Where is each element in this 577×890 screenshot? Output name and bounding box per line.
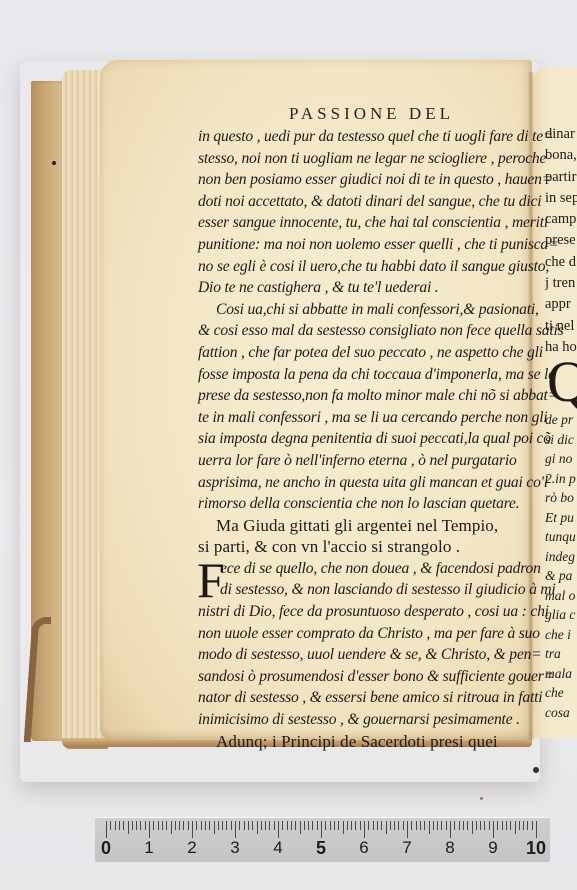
ruler-tick bbox=[355, 821, 356, 830]
ruler-tick bbox=[136, 821, 137, 830]
ruler-tick bbox=[140, 821, 141, 830]
text-line: de pr bbox=[545, 410, 577, 430]
ruler-tick bbox=[441, 821, 442, 830]
ruler-tick bbox=[214, 821, 215, 834]
text-line: tra bbox=[545, 644, 577, 664]
ruler-tick bbox=[386, 821, 387, 834]
ruler-tick bbox=[166, 821, 167, 830]
text-line: mala bbox=[545, 664, 577, 684]
text-line: bona, bbox=[545, 145, 577, 166]
debris-speck bbox=[480, 797, 483, 800]
ruler-tick bbox=[209, 821, 210, 830]
ruler-tick bbox=[175, 821, 176, 830]
text-lines: in questo , uedi pur da testesso quel ch… bbox=[198, 126, 523, 752]
text-line: in questo , uedi pur da testesso quel ch… bbox=[198, 126, 523, 148]
ruler-tick bbox=[484, 821, 485, 830]
ruler-tick bbox=[377, 821, 378, 830]
ruler-tick bbox=[188, 821, 189, 830]
ruler-tick bbox=[472, 821, 473, 834]
text-line: mal o bbox=[545, 586, 577, 606]
ruler-tick bbox=[394, 821, 395, 830]
ruler-tick bbox=[523, 821, 524, 830]
ruler-tick bbox=[454, 821, 455, 830]
text-line: non uuole esser comprato da Christo , ma… bbox=[198, 623, 523, 645]
ruler-tick bbox=[248, 821, 249, 830]
ruler-tick bbox=[222, 821, 223, 830]
text-line: sandosi ò prosumendosi d'esser bono & su… bbox=[198, 666, 523, 688]
text-line: che d bbox=[545, 252, 577, 273]
text-line: te in mali confessori , ma se li ua cerc… bbox=[198, 407, 523, 429]
ruler-tick bbox=[532, 821, 533, 830]
ruler-tick bbox=[278, 821, 279, 838]
text-line: Et pu bbox=[545, 508, 577, 528]
ruler-tick bbox=[205, 821, 206, 830]
ruler-tick bbox=[312, 821, 313, 830]
ruler-tick bbox=[153, 821, 154, 830]
ruler-tick bbox=[411, 821, 412, 830]
text-line: non ben posiamo esser giudici noi di te … bbox=[198, 169, 523, 191]
ruler-tick bbox=[338, 821, 339, 830]
text-line: punitione: ma noi non uolemo esser quell… bbox=[198, 234, 523, 256]
text-line: asprisima, ne ancho in questa uita gli m… bbox=[198, 472, 523, 494]
ruler-tick bbox=[398, 821, 399, 830]
text-line: ece di se quello, che non douea , & face… bbox=[198, 558, 523, 580]
text-line: nator di sestesso , & essersi bene amico… bbox=[198, 687, 523, 709]
text-line: j tren bbox=[545, 273, 577, 294]
drop-cap: F bbox=[197, 560, 225, 600]
ruler-tick bbox=[381, 821, 382, 830]
ruler-tick bbox=[480, 821, 481, 830]
ruler-tick bbox=[110, 821, 111, 830]
ruler-tick bbox=[437, 821, 438, 830]
right-drop-cap: Q bbox=[547, 358, 577, 410]
text-line: indeg bbox=[545, 547, 577, 567]
ruler-tick bbox=[300, 821, 301, 834]
ruler-tick bbox=[252, 821, 253, 830]
ruler-label: 3 bbox=[230, 838, 239, 858]
ruler-tick bbox=[128, 821, 129, 834]
ruler-tick bbox=[115, 821, 116, 830]
ruler-numbers: 012345678910 bbox=[95, 838, 550, 860]
text-line: Cosi ua,chi si abbatte in mali confessor… bbox=[198, 299, 523, 321]
ruler-tick bbox=[196, 821, 197, 830]
scale-ruler: 012345678910 bbox=[95, 817, 550, 862]
ruler-tick bbox=[231, 821, 232, 830]
right-page-text: dinarbona,partirin sepcamppreseche dj tr… bbox=[545, 124, 577, 722]
ruler-tick bbox=[506, 821, 507, 830]
ruler-tick bbox=[429, 821, 430, 834]
ruler-label: 7 bbox=[402, 838, 411, 858]
ruler-tick bbox=[450, 821, 451, 838]
ruler-tick bbox=[489, 821, 490, 830]
ruler-tick bbox=[424, 821, 425, 830]
ruler-tick bbox=[459, 821, 460, 830]
text-line: Dio te ne castighera , & tu te'l uederai… bbox=[198, 277, 523, 299]
ruler-label: 2 bbox=[187, 838, 196, 858]
ruler-tick bbox=[463, 821, 464, 830]
text-line: appr bbox=[545, 294, 577, 315]
ruler-tick bbox=[295, 821, 296, 830]
ruler-tick bbox=[330, 821, 331, 830]
ruler-tick bbox=[171, 821, 172, 834]
ruler-tick bbox=[420, 821, 421, 830]
ruler-tick bbox=[347, 821, 348, 830]
text-line: che bbox=[545, 683, 577, 703]
text-line: esser sangue innocente, tu, che hai tal … bbox=[198, 212, 523, 234]
text-line: doti noi accettato, & datoti dinari del … bbox=[198, 191, 523, 213]
text-line: ti nel bbox=[545, 316, 577, 337]
text-line: stesso, noi non ti uogliam ne legar ne s… bbox=[198, 148, 523, 170]
ruler-tick bbox=[226, 821, 227, 830]
ruler-tick bbox=[527, 821, 528, 830]
text-line: glia c bbox=[545, 605, 577, 625]
left-page-text: PASSIONE DEL in questo , uedi pur da tes… bbox=[198, 104, 523, 752]
ruler-tick bbox=[536, 821, 537, 838]
ruler-tick bbox=[304, 821, 305, 830]
ruler-tick bbox=[265, 821, 266, 830]
text-line: dinar bbox=[545, 124, 577, 145]
ruler-label: 5 bbox=[316, 838, 326, 859]
wormhole bbox=[52, 161, 56, 165]
running-head: PASSIONE DEL bbox=[220, 104, 523, 124]
ruler-tick bbox=[282, 821, 283, 830]
ruler-tick bbox=[149, 821, 150, 838]
text-line: si dic bbox=[545, 430, 577, 450]
ruler-tick bbox=[515, 821, 516, 834]
ruler-tick bbox=[502, 821, 503, 830]
ruler-tick bbox=[343, 821, 344, 834]
text-line: si parti, & con vn l'accio si strangolo … bbox=[198, 536, 523, 558]
ruler-tick bbox=[364, 821, 365, 838]
debris-speck bbox=[533, 767, 539, 773]
text-line: & cosi esso mal da sestesso consigliato … bbox=[198, 320, 523, 342]
ruler-tick bbox=[351, 821, 352, 830]
ruler-label: 1 bbox=[144, 838, 153, 858]
ruler-tick bbox=[317, 821, 318, 830]
ruler-tick bbox=[269, 821, 270, 830]
ruler-tick bbox=[158, 821, 159, 830]
text-line: camp bbox=[545, 209, 577, 230]
ruler-tick bbox=[407, 821, 408, 838]
text-line: nistri di Dio, fece da prosuntuoso despe… bbox=[198, 601, 523, 623]
text-line: di sestesso, & non lasciando di sestesso… bbox=[198, 579, 523, 601]
text-line: uerra lor fare ò nell'inferno eterna , ò… bbox=[198, 450, 523, 472]
ruler-tick bbox=[132, 821, 133, 830]
ruler-tick bbox=[261, 821, 262, 830]
ruler-tick bbox=[497, 821, 498, 830]
ruler-tick bbox=[321, 821, 322, 838]
ruler-tick bbox=[239, 821, 240, 830]
text-line: che i bbox=[545, 625, 577, 645]
ruler-tick bbox=[446, 821, 447, 830]
ruler-tick bbox=[467, 821, 468, 830]
text-line: in sep bbox=[545, 188, 577, 209]
ruler-ticks bbox=[106, 821, 536, 839]
ruler-tick bbox=[510, 821, 511, 830]
ruler-tick bbox=[433, 821, 434, 830]
ruler-tick bbox=[183, 821, 184, 830]
ruler-tick bbox=[218, 821, 219, 830]
text-line: fosse imposta la pena da chi toccaua d'i… bbox=[198, 364, 523, 386]
text-line: fattion , che far potea del suo peccato … bbox=[198, 342, 523, 364]
ruler-tick bbox=[476, 821, 477, 830]
ruler-tick bbox=[519, 821, 520, 830]
text-line: tunqu bbox=[545, 527, 577, 547]
ruler-tick bbox=[257, 821, 258, 834]
ruler-tick bbox=[119, 821, 120, 830]
text-line: Adunq; i Principi de Sacerdoti presi que… bbox=[198, 731, 523, 753]
ruler-label: 0 bbox=[101, 838, 111, 859]
ruler-tick bbox=[274, 821, 275, 830]
ruler-tick bbox=[192, 821, 193, 838]
right-roman-lines: dinarbona,partirin sepcamppreseche dj tr… bbox=[545, 124, 577, 358]
text-line: rimorso della conscientia che non lo las… bbox=[198, 493, 523, 515]
ruler-tick bbox=[235, 821, 236, 838]
text-line: partir bbox=[545, 167, 577, 188]
ruler-label: 8 bbox=[445, 838, 454, 858]
ruler-tick bbox=[162, 821, 163, 830]
ruler-tick bbox=[244, 821, 245, 830]
ruler-tick bbox=[308, 821, 309, 830]
text-line: & pa bbox=[545, 566, 577, 586]
ruler-tick bbox=[416, 821, 417, 830]
ruler-tick bbox=[368, 821, 369, 830]
text-line: Ma Giuda gittati gli argentei nel Tempio… bbox=[198, 515, 523, 537]
ruler-tick bbox=[360, 821, 361, 830]
ruler-tick bbox=[373, 821, 374, 830]
text-line: cosa bbox=[545, 703, 577, 723]
ruler-tick bbox=[403, 821, 404, 830]
text-line: prese da sestesso,non fa molto minor mal… bbox=[198, 385, 523, 407]
ruler-tick bbox=[106, 821, 107, 838]
text-line: inimicisimo di sestesso , & gouernarsi p… bbox=[198, 709, 523, 731]
ruler-tick bbox=[145, 821, 146, 830]
right-italic-lines: de prsi dicgi no2.in prò boEt putunquind… bbox=[545, 410, 577, 722]
ruler-tick bbox=[325, 821, 326, 830]
ruler-label: 4 bbox=[273, 838, 282, 858]
text-line: no se egli è cosi il uero,che tu habbi d… bbox=[198, 256, 523, 278]
ruler-label: 10 bbox=[526, 838, 546, 859]
ruler-tick bbox=[123, 821, 124, 830]
ruler-label: 9 bbox=[488, 838, 497, 858]
text-line: sia imposta degna penitentia di suoi pec… bbox=[198, 428, 523, 450]
ruler-tick bbox=[334, 821, 335, 830]
ruler-tick bbox=[291, 821, 292, 830]
ruler-label: 6 bbox=[359, 838, 368, 858]
text-line: gi no bbox=[545, 449, 577, 469]
ruler-tick bbox=[287, 821, 288, 830]
text-line: modo di sestesso, uuol uendere & se, & C… bbox=[198, 644, 523, 666]
ruler-tick bbox=[390, 821, 391, 830]
ruler-tick bbox=[179, 821, 180, 830]
ruler-tick bbox=[201, 821, 202, 830]
text-line: rò bo bbox=[545, 488, 577, 508]
text-line: 2.in p bbox=[545, 469, 577, 489]
text-line: prese bbox=[545, 230, 577, 251]
ruler-tick bbox=[493, 821, 494, 838]
